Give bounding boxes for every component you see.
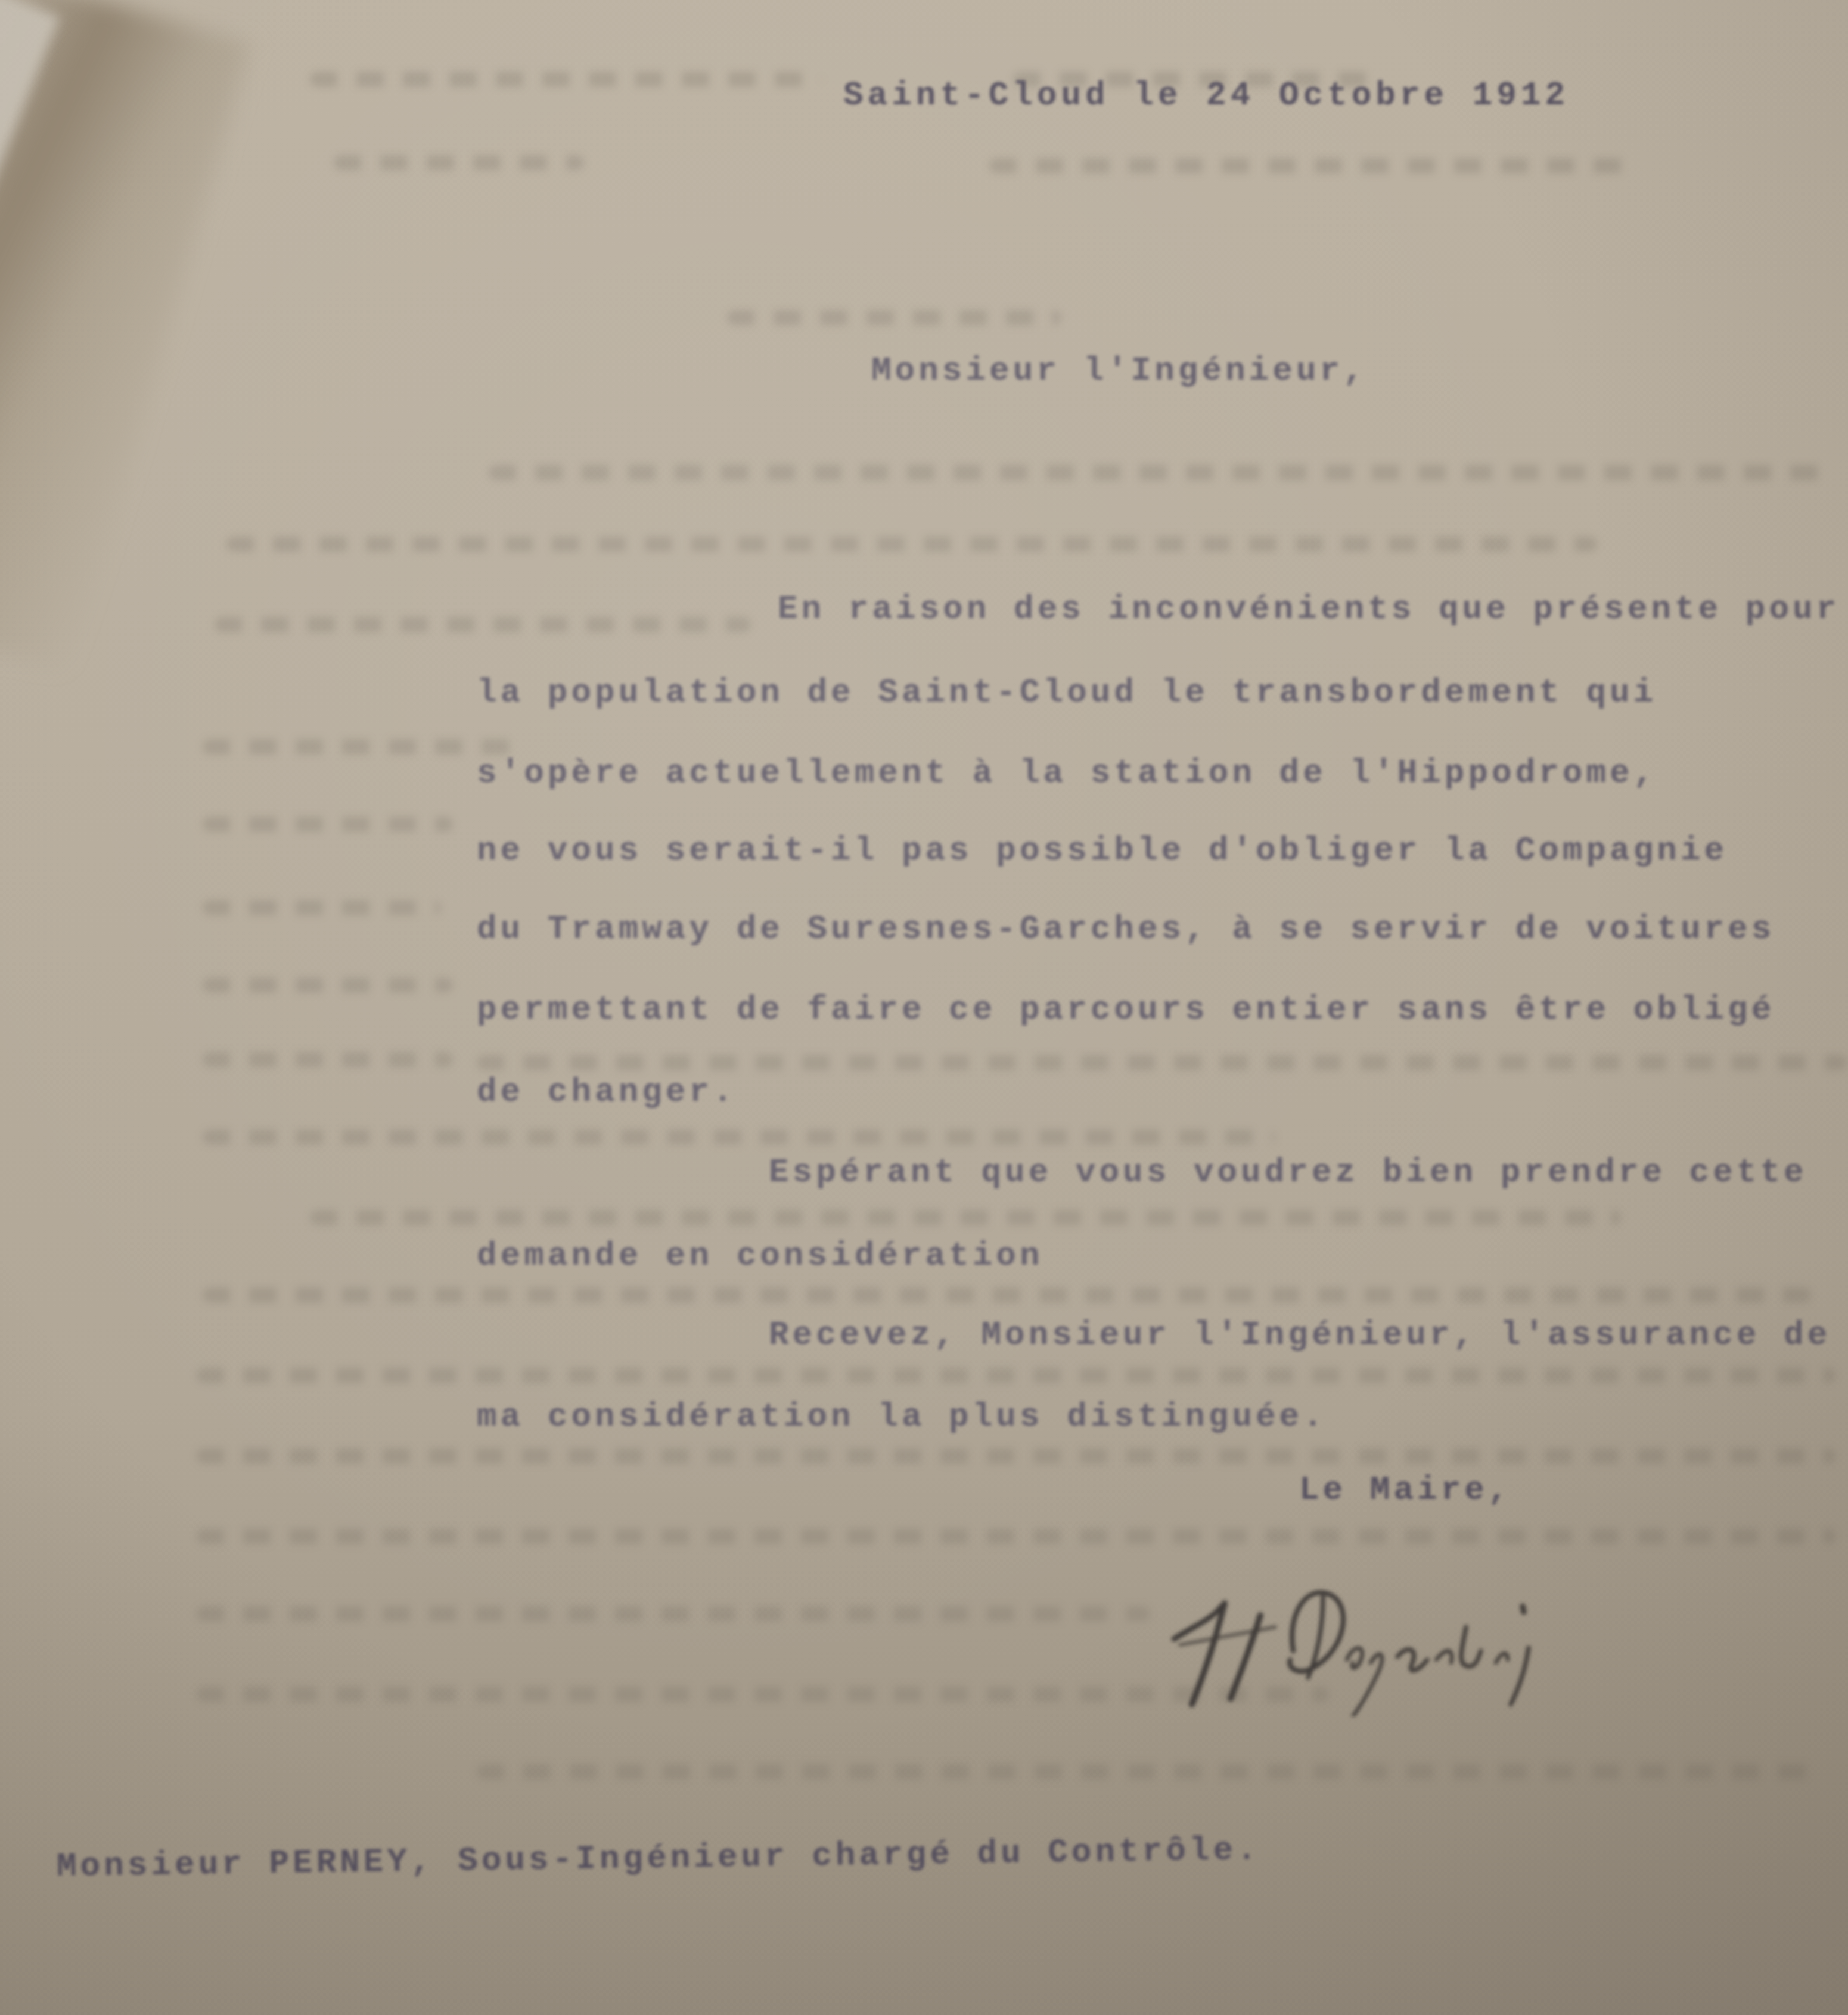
paragraph-1-line-1: En raison des inconvénients que présente… (778, 590, 1840, 628)
closing-title: Le Maire, (1299, 1471, 1511, 1509)
paragraph-1-line-2: la population de Saint-Cloud le transbor… (477, 673, 1657, 712)
handwritten-signature (1156, 1550, 1669, 1716)
salutation: Monsieur l'Ingénieur, (871, 352, 1367, 390)
paragraph-2-line-2: demande en considération (477, 1237, 1043, 1275)
page-edge-shadow (0, 0, 251, 673)
paragraph-2-line-1: Espérant que vous voudrez bien prendre c… (769, 1153, 1807, 1191)
paragraph-1-line-3: s'opère actuellement à la station de l'H… (477, 754, 1657, 792)
paragraph-1-line-5: du Tramway de Suresnes-Garches, à se ser… (477, 910, 1775, 948)
place-date: Saint-Cloud le 24 Octobre 1912 (843, 76, 1569, 114)
paragraph-1-line-6: permettant de faire ce parcours entier s… (477, 991, 1775, 1029)
paragraph-1-line-4: ne vous serait-il pas possible d'obliger… (477, 831, 1728, 870)
paragraph-3-line-1: Recevez, Monsieur l'Ingénieur, l'assuran… (769, 1316, 1831, 1354)
addressee-line: Monsieur PERNEY, Sous-Ingénieur chargé d… (57, 1831, 1261, 1886)
paragraph-3-line-2: ma considération la plus distinguée. (477, 1398, 1327, 1436)
paragraph-1-line-7: de changer. (477, 1073, 737, 1111)
